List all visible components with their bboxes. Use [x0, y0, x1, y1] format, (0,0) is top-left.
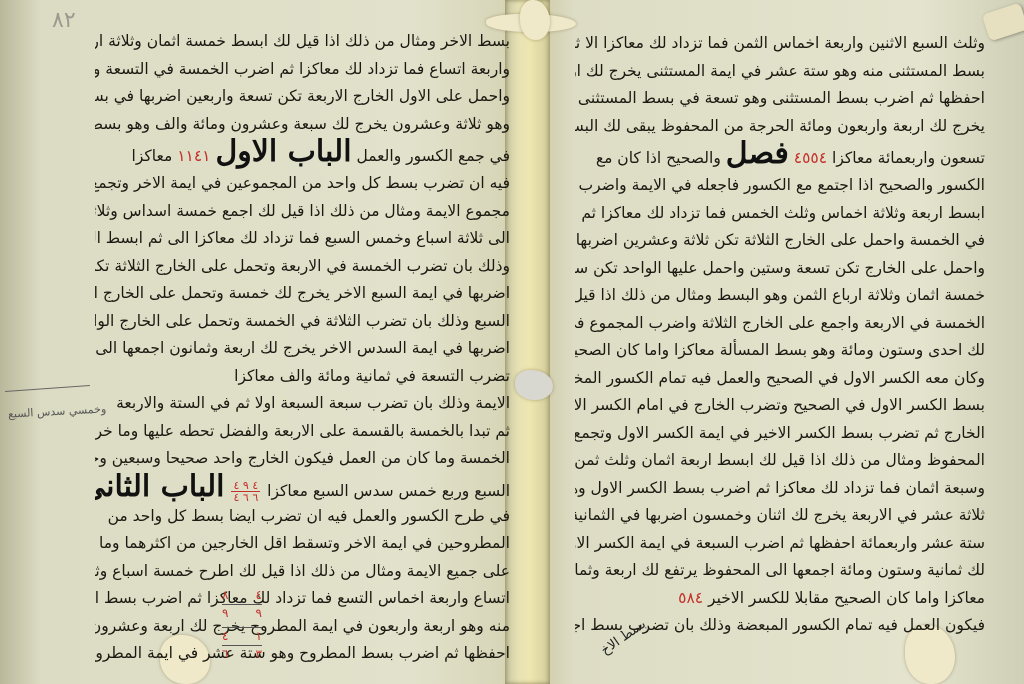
- calc-row: ٨٤: [222, 588, 262, 603]
- text-line: اضربها في ايمة السبع الاخر يخرج لك خمسة …: [95, 280, 510, 308]
- text-line: بسط الكسر الاول في الصحيح وتضرب الخارج ف…: [575, 392, 985, 420]
- calc-row: ٦٣: [222, 647, 262, 662]
- calc-row: ٤١: [222, 629, 262, 644]
- chapter-heading-line: في جمع الكسور والعمل الباب الاول ١١٤١ مع…: [95, 138, 510, 170]
- text-line: واربعة اتساع فما تزداد لك معاكزا ثم اضرب…: [95, 56, 510, 84]
- text-line: في طرح الكسور والعمل فيه ان تضرب ايضا بس…: [95, 503, 510, 531]
- text-line: الخمسة في الاربعة واجمع على الخارج الثلا…: [575, 310, 985, 338]
- text-line: الخارج ثم تضرب بسط الكسر الاخير في ايمة …: [575, 420, 985, 448]
- calculation-block: ٨٤ ٩٩ ٤١ ٦٣: [222, 588, 262, 662]
- text-line: واحمل على الاول الخارج الاربعة تكن تسعة …: [95, 83, 510, 111]
- left-page-text: بسط الاخر ومثال من ذلك اذا قيل لك ابسط خ…: [95, 28, 510, 668]
- calc-rule: [222, 604, 262, 605]
- text-line: ثلاثة عشر في الاربعة يخرج لك اثنان وخمسو…: [575, 502, 985, 530]
- text-line: السبع وذلك بان تضرب الثلاثة في الخمسة وت…: [95, 308, 510, 336]
- manuscript-spread: ٨٢ بسط الاخر ومثال من ذلك اذا قيل لك ابس…: [0, 0, 1024, 684]
- text-line: تضرب التسعة في ثمانية ومائة والف معاكزا: [95, 363, 510, 391]
- text-line: بسط الاخر ومثال من ذلك اذا قيل لك ابسط خ…: [95, 28, 510, 56]
- text-line: ثم تبدا بالخمسة بالقسمة على الاربعة والف…: [95, 418, 510, 446]
- text-line: الخمسة وما كان من العمل فيكون الخارج واح…: [95, 445, 510, 473]
- text-line: اتساع واربعة اخماس التسع فما تزداد لك مع…: [95, 585, 510, 613]
- red-figures: ٤٥٥٤: [794, 149, 827, 167]
- chapter-heading-2: الباب الثاني: [95, 473, 225, 503]
- text-line: معاكزا واما كان الصحيح مقابلا للكسر الاخ…: [575, 585, 985, 613]
- chapter-heading-line: السبع وربع خمس سدس السبع معاكزا ٤ ٩ ٤٦ ٦…: [95, 473, 510, 503]
- text-line: واحمل على الخارج تكن تسعة وستين واحمل عل…: [575, 255, 985, 283]
- text-line: مجموع الايمة ومثال من ذلك اذا قيل لك اجم…: [95, 198, 510, 226]
- text-line: وهو ثلاثة وعشرون يخرج لك سبعة وعشرون وما…: [95, 111, 510, 139]
- text-line: المحفوظ ومثال من ذلك اذا قيل لك ابسط ارب…: [575, 447, 985, 475]
- right-page-text: وثلث السبع الاثنين واربعة اخماس الثمن فم…: [575, 30, 985, 640]
- text-line: فيه ان تضرب بسط كل واحد من المجموعين في …: [95, 170, 510, 198]
- calc-rule: [222, 645, 262, 646]
- text-line: وسبعة اثمان فما تزداد لك معاكزا ثم اضرب …: [575, 475, 985, 503]
- text-line: اضربها في ايمة السدس الاخر يخرج لك اربعة…: [95, 335, 510, 363]
- text-line: ستة عشر واربعمائة احفظها ثم اضرب السبعة …: [575, 530, 985, 558]
- chapter-heading-1: الباب الاول: [215, 138, 351, 169]
- text-line: خمسة اثمان وثلاثة ارباع الثمن وهو البسط …: [575, 282, 985, 310]
- text-line: الايمة وذلك بان تضرب سبعة السبعة اولا ثم…: [95, 390, 510, 418]
- section-heading-fasl: فصل: [726, 140, 789, 171]
- text-line: لك احدى وستون ومائة وهو بسط المسألة معاك…: [575, 337, 985, 365]
- red-fraction: ٤ ٩ ٤٦ ٦ ٤: [231, 480, 260, 503]
- calc-rule: [222, 627, 262, 628]
- text-line: احفظها ثم اضرب بسط المطروح وهو ستة عشر ف…: [95, 640, 510, 668]
- text-line: الكسور والصحيح اذا اجتمع مع الكسور فاجعل…: [575, 172, 985, 200]
- text-line: وثلث السبع الاثنين واربعة اخماس الثمن فم…: [575, 30, 985, 58]
- gutter-binding: [505, 0, 550, 684]
- text-line: منه وهو اربعة واربعون في ايمة المطروح يخ…: [95, 613, 510, 641]
- text-line: احفظها ثم اضرب بسط المستثنى وهو تسعة في …: [575, 85, 985, 113]
- section-heading-line: تسعون واربعمائة معاكزا ٤٥٥٤ فصل والصحيح …: [575, 140, 985, 172]
- paper-damage-middle: [515, 370, 553, 400]
- text-line: على جميع الايمة ومثال من ذلك اذا قيل لك …: [95, 558, 510, 586]
- text-line: ابسط اربعة وثلاثة اخماس وثلث الخمس فما ت…: [575, 200, 985, 228]
- calc-row: ٩٩: [222, 606, 262, 621]
- text-line: بسط المستثنى منه وهو ستة عشر في ايمة الم…: [575, 58, 985, 86]
- red-figures: ١١٤١: [177, 147, 210, 165]
- red-total: ٥٨٤: [678, 589, 703, 607]
- paper-damage-top-center: [520, 0, 550, 40]
- text-line: المطروحين في ايمة الاخر وتسقط اقل الخارج…: [95, 530, 510, 558]
- text-line: يخرج لك اربعة واربعون ومائة الحرجة من ال…: [575, 113, 985, 141]
- folio-number: ٨٢: [52, 8, 76, 33]
- text-line: لك ثمانية وستون ومائة اجمعها الى المحفوظ…: [575, 557, 985, 585]
- text-line: وذلك بان تضرب الخمسة في الاربعة وتحمل عل…: [95, 253, 510, 281]
- text-line: وكان معه الكسر الاول في الصحيح والعمل في…: [575, 365, 985, 393]
- text-line: الى ثلاثة اسباع وخمس السبع فما تزداد لك …: [95, 225, 510, 253]
- text-line: في الخمسة واحمل على الخارج الثلاثة تكن ث…: [575, 227, 985, 255]
